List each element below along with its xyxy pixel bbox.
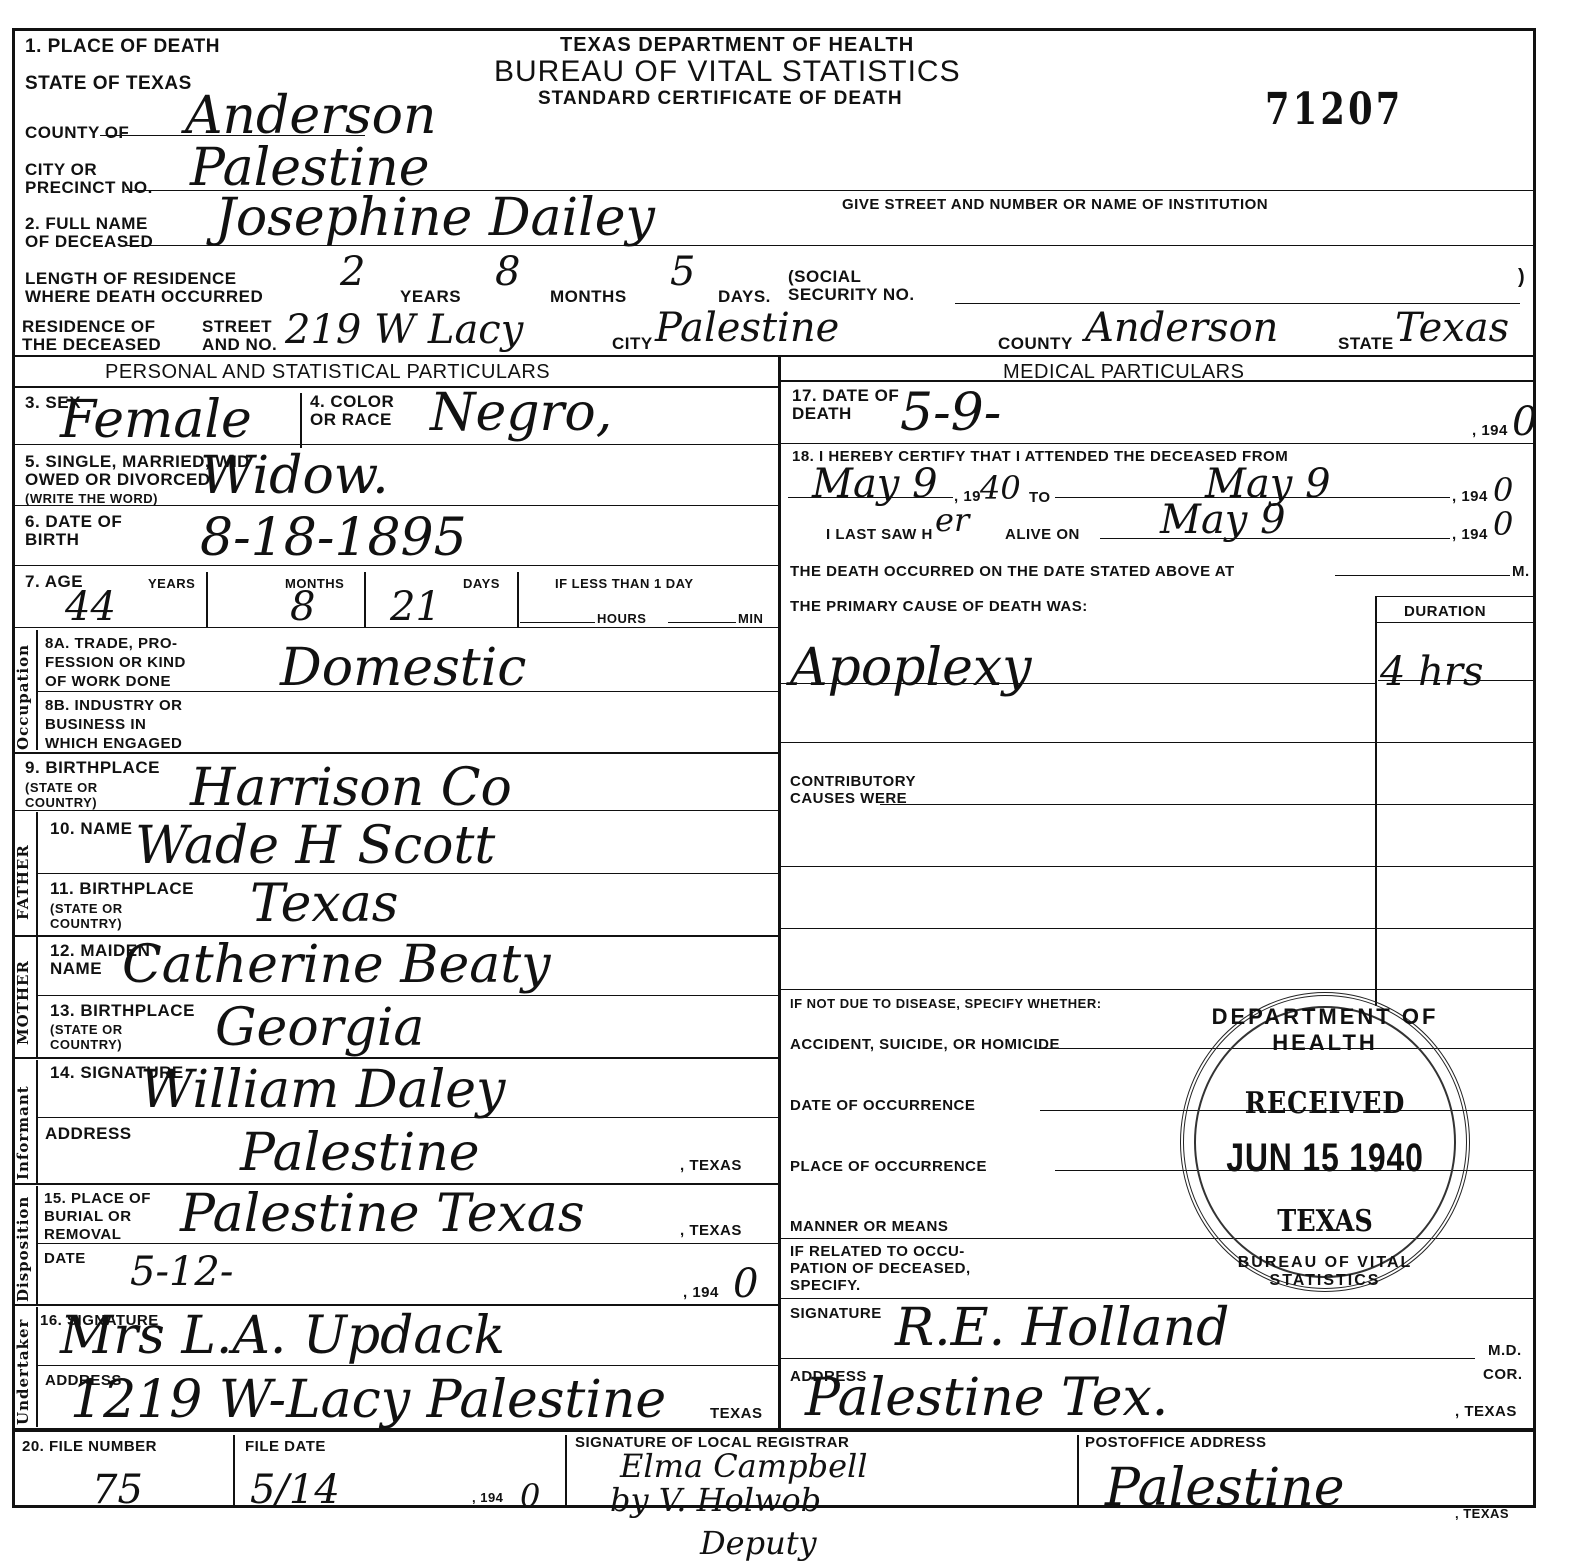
occurrence-date-label: DATE OF OCCURRENCE <box>790 1097 975 1114</box>
manner-label: MANNER OR MEANS <box>790 1218 948 1235</box>
accident-label: ACCIDENT, SUICIDE, OR HOMICIDE <box>790 1036 1060 1053</box>
file-number-label: 20. FILE NUMBER <box>22 1438 157 1455</box>
dob-label: 6. DATE OF BIRTH <box>25 513 122 549</box>
informant-side-label: Informant <box>14 1085 32 1180</box>
residence-state-label: STATE <box>1338 335 1394 353</box>
death-year-prefix: , 194 <box>1472 422 1508 439</box>
attended-to-year-value[interactable]: 0 <box>1493 472 1513 508</box>
months-label: MONTHS <box>550 288 627 306</box>
primary-cause-value[interactable]: Apoplexy <box>790 640 1032 696</box>
physician-signature-label: SIGNATURE <box>790 1305 882 1322</box>
death-time-label: THE DEATH OCCURRED ON THE DATE STATED AB… <box>790 563 1235 580</box>
marital-value[interactable]: Widow. <box>200 448 389 504</box>
age-years-label: YEARS <box>148 576 195 591</box>
mother-birthplace-hint: (STATE OR COUNTRY) <box>50 1022 123 1052</box>
received-stamp: DEPARTMENT OF HEALTH RECEIVED JUN 15 194… <box>1180 992 1470 1292</box>
attended-from-value[interactable]: May 9 <box>812 462 938 506</box>
months-value[interactable]: 8 <box>495 250 520 294</box>
ssn-close: ) <box>1518 266 1525 288</box>
file-year-prefix: , 194 <box>472 1490 503 1505</box>
registrar-by[interactable]: by V. Holwob <box>610 1482 821 1518</box>
institution-hint: GIVE STREET AND NUMBER OR NAME OF INSTIT… <box>842 196 1268 213</box>
ssn-label: (SOCIAL SECURITY NO. <box>788 268 915 304</box>
father-side-label: FATHER <box>14 844 32 920</box>
state-label: STATE OF TEXAS <box>25 75 192 93</box>
county-label: COUNTY OF <box>25 124 129 142</box>
days-value[interactable]: 5 <box>670 250 695 294</box>
cor-label: COR. <box>1483 1366 1523 1383</box>
place-of-death-label: 1. PLACE OF DEATH <box>25 38 220 56</box>
hours-label: HOURS <box>597 611 646 626</box>
residence-county-label: COUNTY <box>998 335 1073 353</box>
burial-year-prefix: , 194 <box>683 1284 719 1301</box>
occupation-related-label: IF RELATED TO OCCU- PATION OF DECEASED, … <box>790 1243 971 1294</box>
informant-address-suffix: , TEXAS <box>680 1157 742 1174</box>
stamp-top-text: DEPARTMENT OF HEALTH <box>1184 1004 1466 1056</box>
last-saw-value[interactable]: May 9 <box>1160 498 1286 542</box>
residence-city-label: CITY <box>612 335 653 353</box>
to-label: TO <box>1029 489 1051 506</box>
file-date-label: FILE DATE <box>245 1438 326 1455</box>
age-days-value[interactable]: 21 <box>390 585 441 629</box>
burial-year-value[interactable]: 0 <box>733 1262 758 1306</box>
burial-date-value[interactable]: 5-12- <box>130 1250 233 1294</box>
personal-section-title: PERSONAL AND STATISTICAL PARTICULARS <box>105 361 550 383</box>
min-label: MIN <box>738 611 763 626</box>
bureau-title: BUREAU OF VITAL STATISTICS <box>494 55 961 89</box>
marital-hint: (WRITE THE WORD) <box>25 491 158 506</box>
city-label: CITY OR PRECINCT NO. <box>25 161 153 197</box>
burial-place-suffix: , TEXAS <box>680 1222 742 1239</box>
death-year-value[interactable]: 0 <box>1512 400 1537 444</box>
last-saw-pronoun[interactable]: er <box>935 502 969 538</box>
registrar-signature[interactable]: Elma Campbell <box>620 1448 867 1484</box>
age-years-value[interactable]: 44 <box>65 585 116 629</box>
not-disease-label: IF NOT DUE TO DISEASE, SPECIFY WHETHER: <box>790 996 1102 1011</box>
less-than-day-label: IF LESS THAN 1 DAY <box>555 576 694 591</box>
race-label: 4. COLOR OR RACE <box>310 393 394 429</box>
trade-label: 8A. TRADE, PRO- FESSION OR KIND OF WORK … <box>45 634 186 691</box>
physician-address-value[interactable]: Palestine Tex. <box>805 1370 1168 1426</box>
death-date-value[interactable]: 5-9- <box>900 385 1001 441</box>
attended-from-year-value[interactable]: 40 <box>980 470 1021 506</box>
residence-label: RESIDENCE OF THE DECEASED <box>22 318 161 354</box>
years-value[interactable]: 2 <box>340 250 365 294</box>
alive-on-label: ALIVE ON <box>1005 526 1080 543</box>
father-name-value[interactable]: Wade H Scott <box>135 818 495 874</box>
age-days-label: DAYS <box>463 576 500 591</box>
full-name-value[interactable]: Josephine Dailey <box>215 190 655 246</box>
race-value[interactable]: Negro, <box>430 385 612 441</box>
burial-place-label: 15. PLACE OF BURIAL OR REMOVAL <box>44 1190 151 1244</box>
residence-city-value[interactable]: Palestine <box>655 306 839 350</box>
last-saw-year-prefix: , 194 <box>1452 526 1488 543</box>
father-birthplace-label: 11. BIRTHPLACE <box>50 880 194 898</box>
physician-signature-value[interactable]: R.E. Holland <box>895 1300 1229 1356</box>
birthplace-label: 9. BIRTHPLACE <box>25 759 160 777</box>
stamp-received: RECEIVED <box>1205 1086 1445 1121</box>
trade-value[interactable]: Domestic <box>280 640 526 696</box>
undertaker-side-label: Undertaker <box>14 1319 32 1425</box>
county-value[interactable]: Anderson <box>185 88 436 144</box>
birthplace-value[interactable]: Harrison Co <box>190 760 512 816</box>
undertaker-signature-value[interactable]: Mrs L.A. Updack <box>60 1308 505 1364</box>
residence-county-value[interactable]: Anderson <box>1085 306 1278 350</box>
file-year-value[interactable]: 0 <box>520 1478 540 1514</box>
burial-place-value[interactable]: Palestine Texas <box>180 1186 585 1242</box>
last-saw-year-value[interactable]: 0 <box>1493 506 1513 542</box>
attended-to-year-prefix: , 194 <box>1452 488 1488 505</box>
disposition-side-label: Disposition <box>14 1196 32 1302</box>
certificate-number: 71207 <box>1265 84 1403 135</box>
mother-maiden-value[interactable]: Catherine Beaty <box>122 937 551 993</box>
duration-value[interactable]: 4 hrs <box>1380 650 1484 694</box>
md-label: M.D. <box>1488 1342 1522 1359</box>
street-label: STREET AND NO. <box>202 318 277 354</box>
undertaker-address-suffix: TEXAS <box>710 1405 763 1422</box>
dob-value[interactable]: 8-18-1895 <box>200 510 467 566</box>
father-birthplace-hint: (STATE OR COUNTRY) <box>50 901 123 931</box>
residence-state-value[interactable]: Texas <box>1395 306 1509 350</box>
age-months-value[interactable]: 8 <box>290 585 315 629</box>
file-date-value[interactable]: 5/14 <box>250 1468 340 1512</box>
stamp-bottom-text: BUREAU OF VITAL STATISTICS <box>1184 1254 1466 1290</box>
father-birthplace-value[interactable]: Texas <box>250 876 398 932</box>
industry-label: 8B. INDUSTRY OR BUSINESS IN WHICH ENGAGE… <box>45 696 183 753</box>
death-time-suffix: M. <box>1512 563 1530 580</box>
years-label: YEARS <box>400 288 461 306</box>
occurrence-place-label: PLACE OF OCCURRENCE <box>790 1158 987 1175</box>
contributory-label: CONTRIBUTORY CAUSES WERE <box>790 773 916 807</box>
postoffice-value[interactable]: Palestine <box>1105 1460 1345 1516</box>
informant-address-label: ADDRESS <box>45 1125 132 1143</box>
agency-title: TEXAS DEPARTMENT OF HEALTH <box>560 34 914 57</box>
street-value[interactable]: 219 W Lacy <box>285 308 523 352</box>
last-saw-label: I LAST SAW H <box>826 526 933 543</box>
postoffice-suffix: , TEXAS <box>1455 1506 1509 1521</box>
birthplace-hint: (STATE OR COUNTRY) <box>25 780 98 810</box>
form-title: STANDARD CERTIFICATE OF DEATH <box>538 88 903 110</box>
residence-length-label: LENGTH OF RESIDENCE WHERE DEATH OCCURRED <box>25 270 263 306</box>
mother-birthplace-label: 13. BIRTHPLACE <box>50 1002 195 1020</box>
stamp-state: TEXAS <box>1205 1204 1445 1239</box>
primary-cause-label: THE PRIMARY CAUSE OF DEATH WAS: <box>790 598 1088 615</box>
informant-address-value[interactable]: Palestine <box>240 1125 480 1181</box>
mother-side-label: MOTHER <box>14 960 32 1045</box>
stamp-date: JUN 15 1940 <box>1212 1136 1438 1181</box>
occupation-side-label: Occupation <box>14 644 32 750</box>
undertaker-address-value[interactable]: 1219 W-Lacy Palestine <box>70 1372 666 1428</box>
postoffice-label: POSTOFFICE ADDRESS <box>1085 1434 1267 1451</box>
mother-birthplace-value[interactable]: Georgia <box>215 1000 424 1056</box>
father-name-label: 10. NAME <box>50 820 132 838</box>
days-label: DAYS. <box>718 288 771 306</box>
sex-value[interactable]: Female <box>60 392 252 448</box>
burial-date-label: DATE <box>44 1250 86 1267</box>
death-date-label: 17. DATE OF DEATH <box>792 387 899 423</box>
physician-address-suffix: , TEXAS <box>1455 1403 1517 1420</box>
file-number-value[interactable]: 75 <box>92 1468 143 1512</box>
registrar-deputy[interactable]: Deputy <box>700 1525 817 1561</box>
duration-label: DURATION <box>1404 603 1486 620</box>
informant-signature-value[interactable]: William Daley <box>140 1062 505 1118</box>
